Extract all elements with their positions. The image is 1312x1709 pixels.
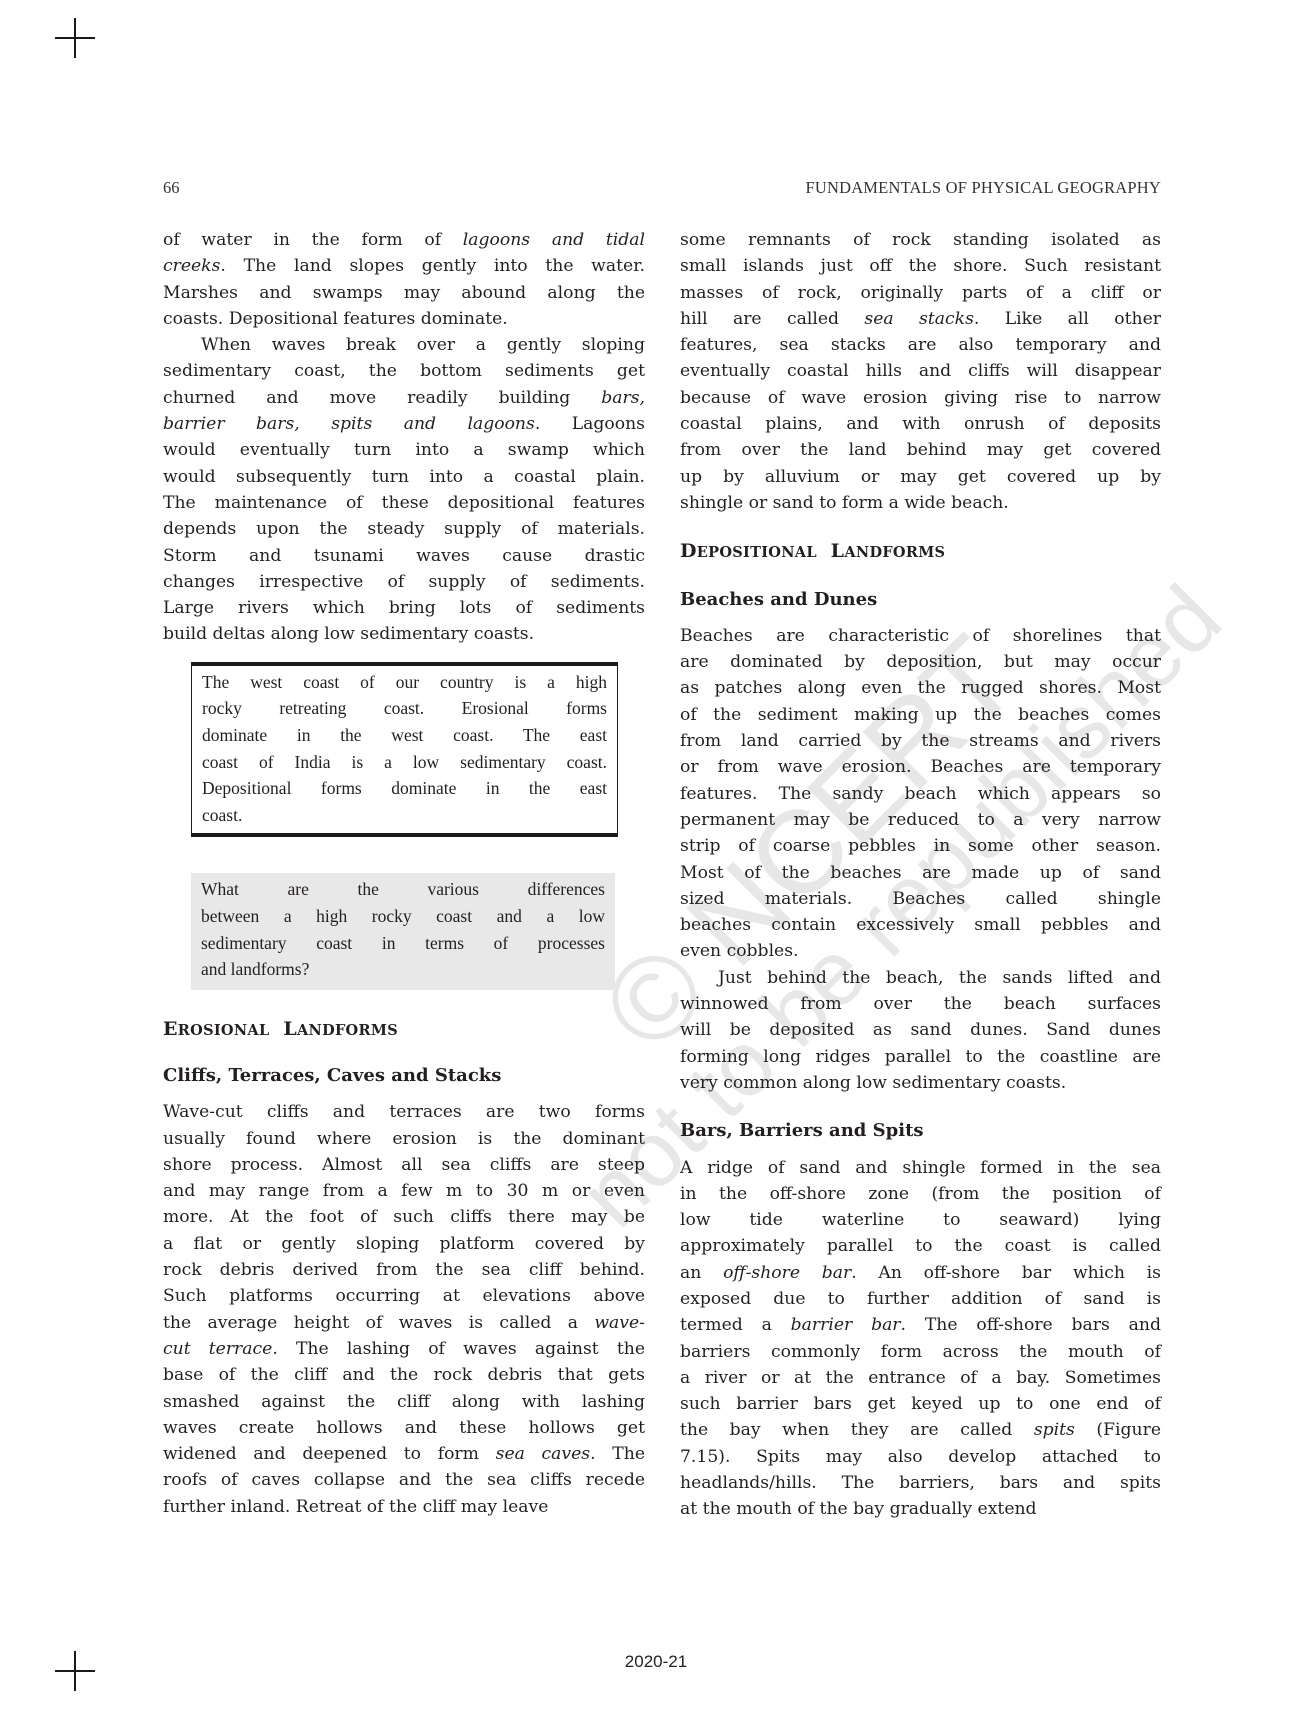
- box-text-line: rocky retreating coast. Erosional forms: [202, 695, 607, 722]
- box-text-line: coast of India is a low sedimentary coas…: [202, 749, 607, 776]
- book-title: FUNDAMENTALS OF PHYSICAL GEOGRAPHY: [805, 178, 1161, 198]
- text-line: would eventually turn into a swamp which: [163, 437, 645, 463]
- text-line: Large rivers which bring lots of sedimen…: [163, 595, 645, 621]
- text-line: barrier bars, spits and lagoons. Lagoons: [163, 411, 645, 437]
- text-line: of the sediment making up the beaches co…: [680, 702, 1161, 728]
- text-line: strip of coarse pebbles in some other se…: [680, 833, 1161, 859]
- text-line: 7.15). Spits may also develop attached t…: [680, 1444, 1161, 1470]
- text-line: widened and deepened to form sea caves. …: [163, 1441, 645, 1467]
- box-text-line: and landforms?: [201, 956, 605, 983]
- textbook-page: © NCERT not to be republished 66 FUNDAME…: [0, 0, 1312, 1709]
- box-text-line: What are the various differences: [201, 876, 605, 903]
- text-line: a river or at the entrance of a bay. Som…: [680, 1365, 1161, 1391]
- section-heading-depositional-landforms: DEPOSITIONAL LANDFORMS: [680, 538, 1161, 564]
- text-line: such barrier bars get keyed up to one en…: [680, 1391, 1161, 1417]
- text-line: sized materials. Beaches called shingle: [680, 886, 1161, 912]
- paragraph: Wave-cut cliffs and terraces are two for…: [163, 1099, 645, 1520]
- text-line: low tide waterline to seaward) lying: [680, 1207, 1161, 1233]
- box-text-line: Depositional forms dominate in the east: [202, 775, 607, 802]
- text-line: shingle or sand to form a wide beach.: [680, 490, 1161, 516]
- text-line: up by alluvium or may get covered up by: [680, 464, 1161, 490]
- box-text-line: The west coast of our country is a high: [202, 669, 607, 696]
- text-line: beaches contain excessively small pebble…: [680, 912, 1161, 938]
- text-line: features. The sandy beach which appears …: [680, 781, 1161, 807]
- text-line: coasts. Depositional features dominate.: [163, 306, 645, 332]
- info-box: The west coast of our country is a highr…: [191, 662, 618, 838]
- text-line: depends upon the steady supply of materi…: [163, 516, 645, 542]
- text-line: or from wave erosion. Beaches are tempor…: [680, 754, 1161, 780]
- text-line: churned and move readily building bars,: [163, 385, 645, 411]
- box-text-line: coast.: [202, 802, 607, 829]
- section-heading-erosional-landforms: EROSIONAL LANDFORMS: [163, 1016, 645, 1042]
- text-line: at the mouth of the bay gradually extend: [680, 1496, 1161, 1522]
- paragraph: Beaches are characteristic of shorelines…: [680, 623, 1161, 965]
- text-line: changes irrespective of supply of sedime…: [163, 569, 645, 595]
- paragraph: When waves break over a gently slopingse…: [163, 332, 645, 648]
- question-box-text: What are the various differencesbetween …: [201, 876, 605, 982]
- text-line: in the off-shore zone (from the position…: [680, 1181, 1161, 1207]
- info-box-text: The west coast of our country is a highr…: [202, 669, 607, 829]
- subheading-bars-barriers-spits: Bars, Barriers and Spits: [680, 1118, 1161, 1144]
- text-line: build deltas along low sedimentary coast…: [163, 621, 645, 647]
- text-line: are dominated by deposition, but may occ…: [680, 649, 1161, 675]
- text-line: hill are called sea stacks. Like all oth…: [680, 306, 1161, 332]
- text-line: of water in the form of lagoons and tida…: [163, 227, 645, 253]
- text-line: very common along low sedimentary coasts…: [680, 1070, 1161, 1096]
- text-line: even cobbles.: [680, 938, 1161, 964]
- text-line: exposed due to further addition of sand …: [680, 1286, 1161, 1312]
- subheading-beaches-dunes: Beaches and Dunes: [680, 587, 1161, 613]
- running-header: 66 FUNDAMENTALS OF PHYSICAL GEOGRAPHY: [163, 178, 1161, 202]
- left-column: of water in the form of lagoons and tida…: [163, 227, 645, 1520]
- text-line: features, sea stacks are also temporary …: [680, 332, 1161, 358]
- text-line: The maintenance of these depositional fe…: [163, 490, 645, 516]
- text-line: Storm and tsunami waves cause drastic: [163, 543, 645, 569]
- text-line: Marshes and swamps may abound along the: [163, 280, 645, 306]
- text-line: will be deposited as sand dunes. Sand du…: [680, 1017, 1161, 1043]
- text-line: and may range from a few m to 30 m or ev…: [163, 1178, 645, 1204]
- text-line: termed a barrier bar. The off-shore bars…: [680, 1312, 1161, 1338]
- text-line: usually found where erosion is the domin…: [163, 1126, 645, 1152]
- text-line: coastal plains, and with onrush of depos…: [680, 411, 1161, 437]
- text-line: further inland. Retreat of the cliff may…: [163, 1494, 645, 1520]
- text-line: smashed against the cliff along with las…: [163, 1389, 645, 1415]
- text-line: Beaches are characteristic of shorelines…: [680, 623, 1161, 649]
- footer-year: 2020-21: [0, 1652, 1312, 1672]
- text-line: the average height of waves is called a …: [163, 1310, 645, 1336]
- text-line: Just behind the beach, the sands lifted …: [680, 965, 1161, 991]
- text-line: sedimentary coast, the bottom sediments …: [163, 358, 645, 384]
- text-line: because of wave erosion giving rise to n…: [680, 385, 1161, 411]
- text-line: as patches along even the rugged shores.…: [680, 675, 1161, 701]
- text-line: permanent may be reduced to a very narro…: [680, 807, 1161, 833]
- text-line: from over the land behind may get covere…: [680, 437, 1161, 463]
- text-line: the bay when they are called spits (Figu…: [680, 1417, 1161, 1443]
- box-text-line: dominate in the west coast. The east: [202, 722, 607, 749]
- question-box: What are the various differencesbetween …: [191, 873, 615, 989]
- text-line: creeks. The land slopes gently into the …: [163, 253, 645, 279]
- text-line: forming long ridges parallel to the coas…: [680, 1044, 1161, 1070]
- text-line: When waves break over a gently sloping: [163, 332, 645, 358]
- text-line: rock debris derived from the sea cliff b…: [163, 1257, 645, 1283]
- text-line: Wave-cut cliffs and terraces are two for…: [163, 1099, 645, 1125]
- text-line: Most of the beaches are made up of sand: [680, 860, 1161, 886]
- text-line: masses of rock, originally parts of a cl…: [680, 280, 1161, 306]
- text-line: would subsequently turn into a coastal p…: [163, 464, 645, 490]
- paragraph: of water in the form of lagoons and tida…: [163, 227, 645, 332]
- text-line: headlands/hills. The barriers, bars and …: [680, 1470, 1161, 1496]
- text-line: roofs of caves collapse and the sea clif…: [163, 1467, 645, 1493]
- box-text-line: between a high rocky coast and a low: [201, 903, 605, 930]
- text-line: a flat or gently sloping platform covere…: [163, 1231, 645, 1257]
- text-line: winnowed from over the beach surfaces: [680, 991, 1161, 1017]
- page-number: 66: [163, 178, 180, 198]
- text-line: from land carried by the streams and riv…: [680, 728, 1161, 754]
- text-line: shore process. Almost all sea cliffs are…: [163, 1152, 645, 1178]
- text-line: more. At the foot of such cliffs there m…: [163, 1204, 645, 1230]
- text-line: Such platforms occurring at elevations a…: [163, 1283, 645, 1309]
- paragraph: Just behind the beach, the sands lifted …: [680, 965, 1161, 1096]
- paragraph: some remnants of rock standing isolated …: [680, 227, 1161, 516]
- crop-mark-top-left: [55, 18, 95, 58]
- subheading-cliffs-terraces: Cliffs, Terraces, Caves and Stacks: [163, 1063, 645, 1089]
- text-line: some remnants of rock standing isolated …: [680, 227, 1161, 253]
- text-line: barriers commonly form across the mouth …: [680, 1339, 1161, 1365]
- text-line: an off-shore bar. An off-shore bar which…: [680, 1260, 1161, 1286]
- text-line: base of the cliff and the rock debris th…: [163, 1362, 645, 1388]
- text-line: eventually coastal hills and cliffs will…: [680, 358, 1161, 384]
- text-line: small islands just off the shore. Such r…: [680, 253, 1161, 279]
- box-text-line: sedimentary coast in terms of processes: [201, 930, 605, 957]
- paragraph: A ridge of sand and shingle formed in th…: [680, 1155, 1161, 1523]
- text-line: waves create hollows and these hollows g…: [163, 1415, 645, 1441]
- right-column: some remnants of rock standing isolated …: [680, 227, 1161, 1523]
- text-line: cut terrace. The lashing of waves agains…: [163, 1336, 645, 1362]
- text-line: approximately parallel to the coast is c…: [680, 1233, 1161, 1259]
- text-line: A ridge of sand and shingle formed in th…: [680, 1155, 1161, 1181]
